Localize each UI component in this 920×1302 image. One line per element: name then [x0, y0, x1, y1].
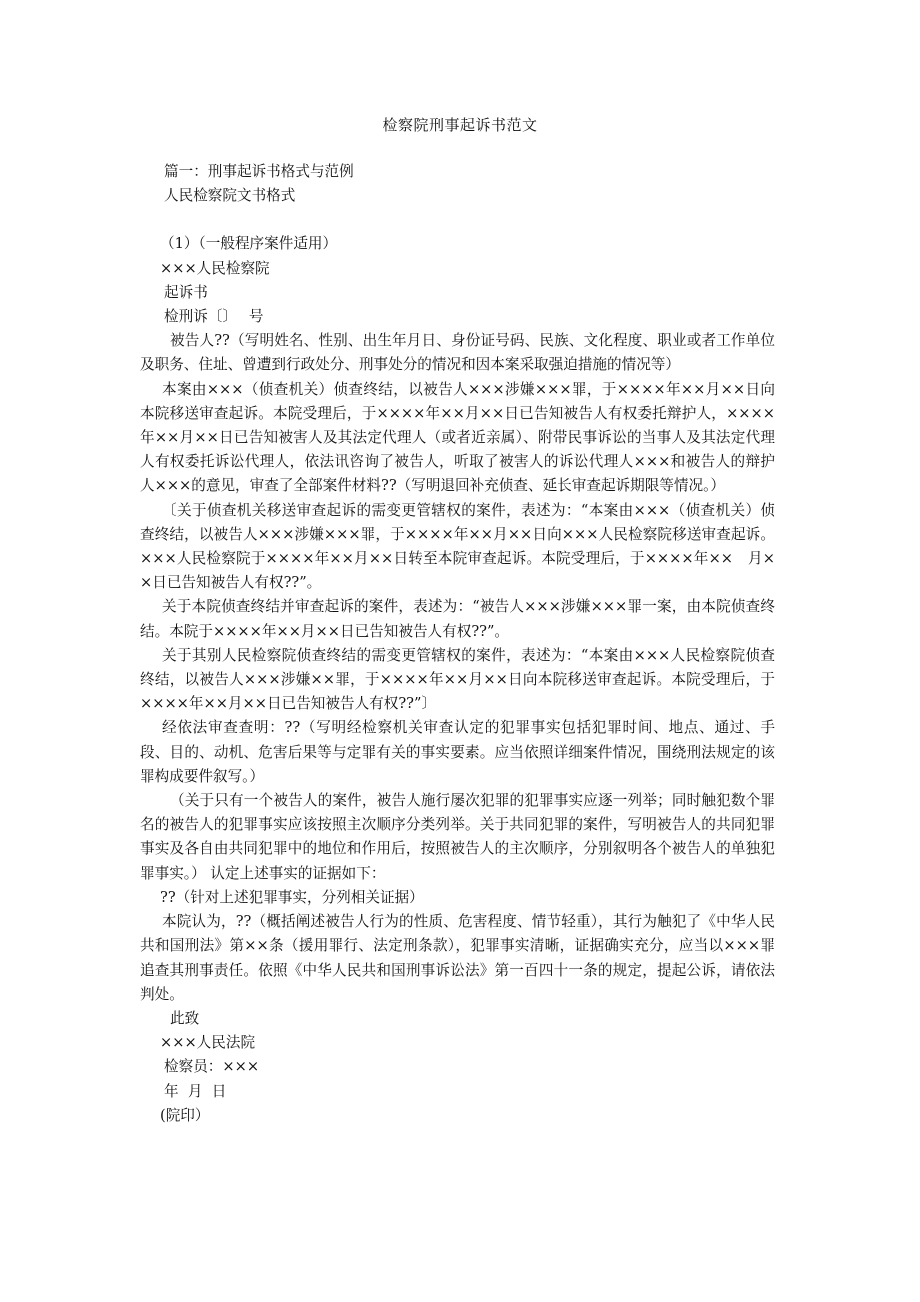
document-page: 检察院刑事起诉书范文 篇一：刑事起诉书格式与范例 人民检察院文书格式 （1）（一… — [0, 0, 920, 1302]
doc-name-line: 起诉书 — [140, 281, 775, 305]
paragraph-jurisdiction-change: 〔关于侦查机关移送审查起诉的需变更管辖权的案件，表述为：“本案由×××（侦查机关… — [140, 499, 775, 596]
paragraph-evidence: ??（针对上述犯罪事实，分列相关证据） — [140, 886, 775, 910]
paragraph-case-origin: 本案由×××（侦查机关）侦查终结，以被告人×××涉嫌×××罪，于××××年××月… — [140, 378, 775, 499]
paragraph-facts-note: （关于只有一个被告人的案件，被告人施行屡次犯罪的犯罪事实应逐一列举；同时触犯数个… — [140, 789, 775, 886]
paragraph-self-investigated: 关于本院侦查终结并审查起诉的案件，表述为：“被告人×××涉嫌×××罪一案，由本院… — [140, 595, 775, 643]
case-type-line: （1）（一般程序案件适用） — [140, 232, 775, 256]
closing-seal: (院印） — [140, 1104, 775, 1128]
closing-prosecutor: 检察员：××× — [140, 1055, 775, 1079]
doc-number-line: 检刑诉〔〕 号 — [140, 305, 775, 329]
blank-line — [140, 208, 775, 232]
closing-salutation: 此致 — [140, 1007, 775, 1031]
paragraph-facts: 经依法审查查明：??（写明经检察机关审查认定的犯罪事实包括犯罪时间、地点、通过、… — [140, 716, 775, 789]
document-title: 检察院刑事起诉书范文 — [0, 114, 920, 135]
subsection-heading: 人民检察院文书格式 — [140, 184, 775, 208]
section-heading: 篇一：刑事起诉书格式与范例 — [140, 160, 775, 184]
closing-court: ×××人民法院 — [140, 1031, 775, 1055]
procuratorate-line: ×××人民检察院 — [140, 257, 775, 281]
closing-date: 年 月 日 — [140, 1080, 775, 1104]
paragraph-defendant: 被告人??（写明姓名、性别、出生年月日、身份证号码、民族、文化程度、职业或者工作… — [140, 329, 775, 377]
document-body: 篇一：刑事起诉书格式与范例 人民检察院文书格式 （1）（一般程序案件适用） ××… — [140, 160, 775, 1128]
paragraph-conclusion: 本院认为，??（概括阐述被告人行为的性质、危害程度、情节轻重），其行为触犯了《中… — [140, 910, 775, 1007]
paragraph-other-procuratorate: 关于其别人民检察院侦查终结的需变更管辖权的案件，表述为：“本案由×××人民检察院… — [140, 644, 775, 717]
